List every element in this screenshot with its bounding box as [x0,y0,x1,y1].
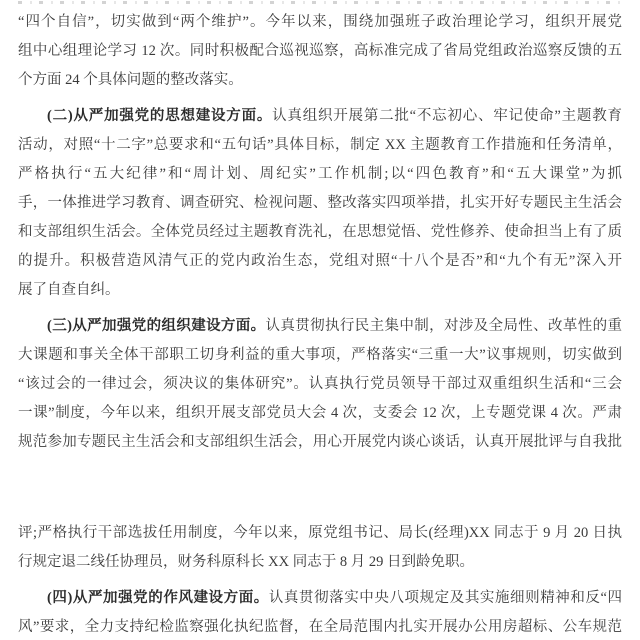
text-line: (四)从严加强党的作风建设方面。认真贯彻落实中央八项规定及其实施细则精神和反“四 [18,584,622,613]
line-text: 规范参加专题民主生活会和支部组织生活会，用心开展党内谈心谈话，认真开展批评与自我… [18,434,622,450]
line-text: “该过会的一律过会，须决议的集体研究”。认真执行党员领导干部过双重组织生活和“三… [18,376,622,392]
text-line: 活动，对照“十二字”总要求和“五句话”具体目标，制定 XX 主题教育工作措施和任… [18,131,622,160]
text-line: “四个自信”，切实做到“两个维护”。今年以来，围绕加强班子政治理论学习，组织开展… [18,8,622,37]
text-line: 行规定退二线任协理员，财务科原科长 XX 同志于 8 月 29 日到龄免职。 [18,548,622,577]
text-line: 和支部组织生活会。全体党员经过主题教育洗礼，在思想觉悟、党性修养、使命担当上有了… [18,218,622,247]
text-line: 手，一体推进学习教育、调查研究、检视问题、整改落实四项举措，扎实开好专题民主生活… [18,189,622,218]
line-text: 认真贯彻执行民主集中制，对涉及全局性、改革性的重 [266,318,622,334]
section-heading-conduct: (四)从严加强党的作风建设方面。 [47,590,269,606]
text-line: (三)从严加强党的组织建设方面。认真贯彻执行民主集中制，对涉及全局性、改革性的重 [18,312,622,341]
text-line: 的提升。积极营造风清气正的党内政治生态，党组对照“十八个是否”和“九个有无”深入… [18,247,622,276]
text-line: 严格执行“五大纪律”和“周计划、周纪实”工作机制;以“四色教育”和“五大课堂”为… [18,160,622,189]
clipped-previous-line [18,1,622,4]
document-page: “四个自信”，切实做到“两个维护”。今年以来，围绕加强班子政治理论学习，组织开展… [0,0,640,640]
text-line: 大课题和事关全体干部职工切身利益的重大事项，严格落实“三重一大”议事规则，切实做… [18,341,622,370]
section-heading-ideological: (二)从严加强党的思想建设方面。 [47,108,272,124]
section-heading-organizational: (三)从严加强党的组织建设方面。 [47,318,266,334]
text-line: 评;严格执行干部选拔任用制度，今年以来，原党组书记、局长(经理)XX 同志于 9… [18,519,622,548]
line-text: 风”要求，全力支持纪检监察强化执纪监督，在全局范围内扎实开展办公用房超标、公车规… [18,619,622,635]
line-text: 手，一体推进学习教育、调查研究、检视问题、整改落实四项举措，扎实开好专题民主生活… [18,195,622,211]
line-text: 行规定退二线任协理员，财务科原科长 XX 同志于 8 月 29 日到龄免职。 [18,554,474,570]
line-text: 个方面 24 个具体问题的整改落实。 [18,72,243,88]
text-line: 展了自查自纠。 [18,276,622,305]
line-text: 组中心组理论学习 12 次。同时积极配合巡视巡察，高标准完成了省局党组政治巡察反… [18,43,622,59]
text-line: 组中心组理论学习 12 次。同时积极配合巡视巡察，高标准完成了省局党组政治巡察反… [18,37,622,66]
line-text: 和支部组织生活会。全体党员经过主题教育洗礼，在思想觉悟、党性修养、使命担当上有了… [18,224,622,240]
line-text: 一课”制度，今年以来，组织开展支部党员大会 4 次，支委会 12 次，上专题党课… [18,405,622,421]
line-text: 严格执行“五大纪律”和“周计划、周纪实”工作机制;以“四色教育”和“五大课堂”为… [18,166,622,182]
line-text: 评;严格执行干部选拔任用制度，今年以来，原党组书记、局长(经理)XX 同志于 9… [18,525,622,541]
line-text: 的提升。积极营造风清气正的党内政治生态，党组对照“十八个是否”和“九个有无”深入… [18,253,622,269]
text-line: 个方面 24 个具体问题的整改落实。 [18,66,622,95]
text-line: 规范参加专题民主生活会和支部组织生活会，用心开展党内谈心谈话，认真开展批评与自我… [18,428,622,457]
line-text: 展了自查自纠。 [18,282,120,298]
line-text: 活动，对照“十二字”总要求和“五句话”具体目标，制定 XX 主题教育工作措施和任… [18,137,622,153]
line-text: 认真组织开展第二批“不忘初心、牢记使命”主题教育 [272,108,622,124]
line-text: 认真贯彻落实中央八项规定及其实施细则精神和反“四 [269,590,622,606]
document-body: “四个自信”，切实做到“两个维护”。今年以来，围绕加强班子政治理论学习，组织开展… [18,0,622,640]
text-line: (二)从严加强党的思想建设方面。认真组织开展第二批“不忘初心、牢记使命”主题教育 [18,102,622,131]
line-text: “四个自信”，切实做到“两个维护”。今年以来，围绕加强班子政治理论学习，组织开展… [18,14,622,30]
text-line: 一课”制度，今年以来，组织开展支部党员大会 4 次，支委会 12 次，上专题党课… [18,399,622,428]
text-line: “该过会的一律过会，须决议的集体研究”。认真执行党员领导干部过双重组织生活和“三… [18,370,622,399]
line-text: 大课题和事关全体干部职工切身利益的重大事项，严格落实“三重一大”议事规则，切实做… [18,347,622,363]
text-line: 风”要求，全力支持纪检监察强化执纪监督，在全局范围内扎实开展办公用房超标、公车规… [18,613,622,640]
